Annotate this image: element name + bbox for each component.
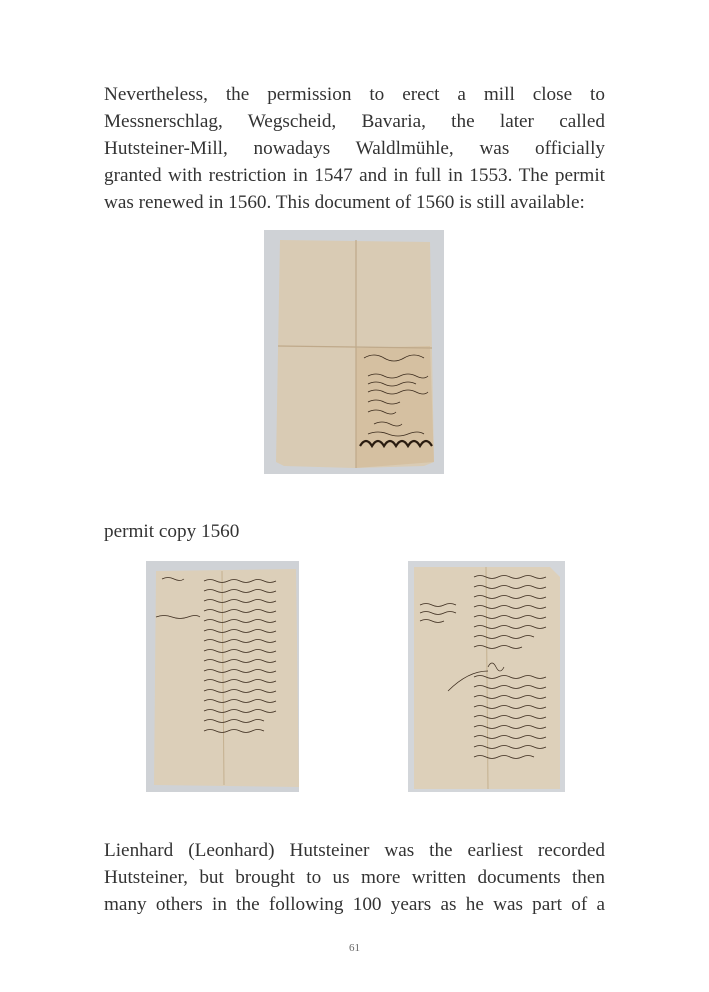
text-line: Nevertheless, the permission to erect a … <box>104 81 605 108</box>
text-line: Hutsteiner, but brought to us more writt… <box>104 864 605 891</box>
text-line: was renewed in 1560. This document of 15… <box>104 189 605 216</box>
permit-copy-page-right-photo <box>408 561 565 792</box>
paragraph-lienhard-hutsteiner: Lienhard (Leonhard) Hutsteiner was the e… <box>104 837 605 918</box>
page-number: 61 <box>0 942 709 954</box>
text-line: Lienhard (Leonhard) Hutsteiner was the e… <box>104 837 605 864</box>
document-photo-1560 <box>264 230 444 474</box>
permit-copy-page-left-photo <box>146 561 299 792</box>
text-line: many others in the following 100 years a… <box>104 891 605 918</box>
text-line: Messnerschlag, Wegscheid, Bavaria, the l… <box>104 108 605 135</box>
text-line: Hutsteiner-Mill, nowadays Waldlmühle, wa… <box>104 135 605 162</box>
figure-caption: permit copy 1560 <box>104 518 239 545</box>
folded-document-image <box>264 230 444 474</box>
handwritten-page-image <box>146 561 299 792</box>
paragraph-mill-permit: Nevertheless, the permission to erect a … <box>104 81 605 216</box>
handwritten-page-image <box>408 561 565 792</box>
text-line: granted with restriction in 1547 and in … <box>104 162 605 189</box>
